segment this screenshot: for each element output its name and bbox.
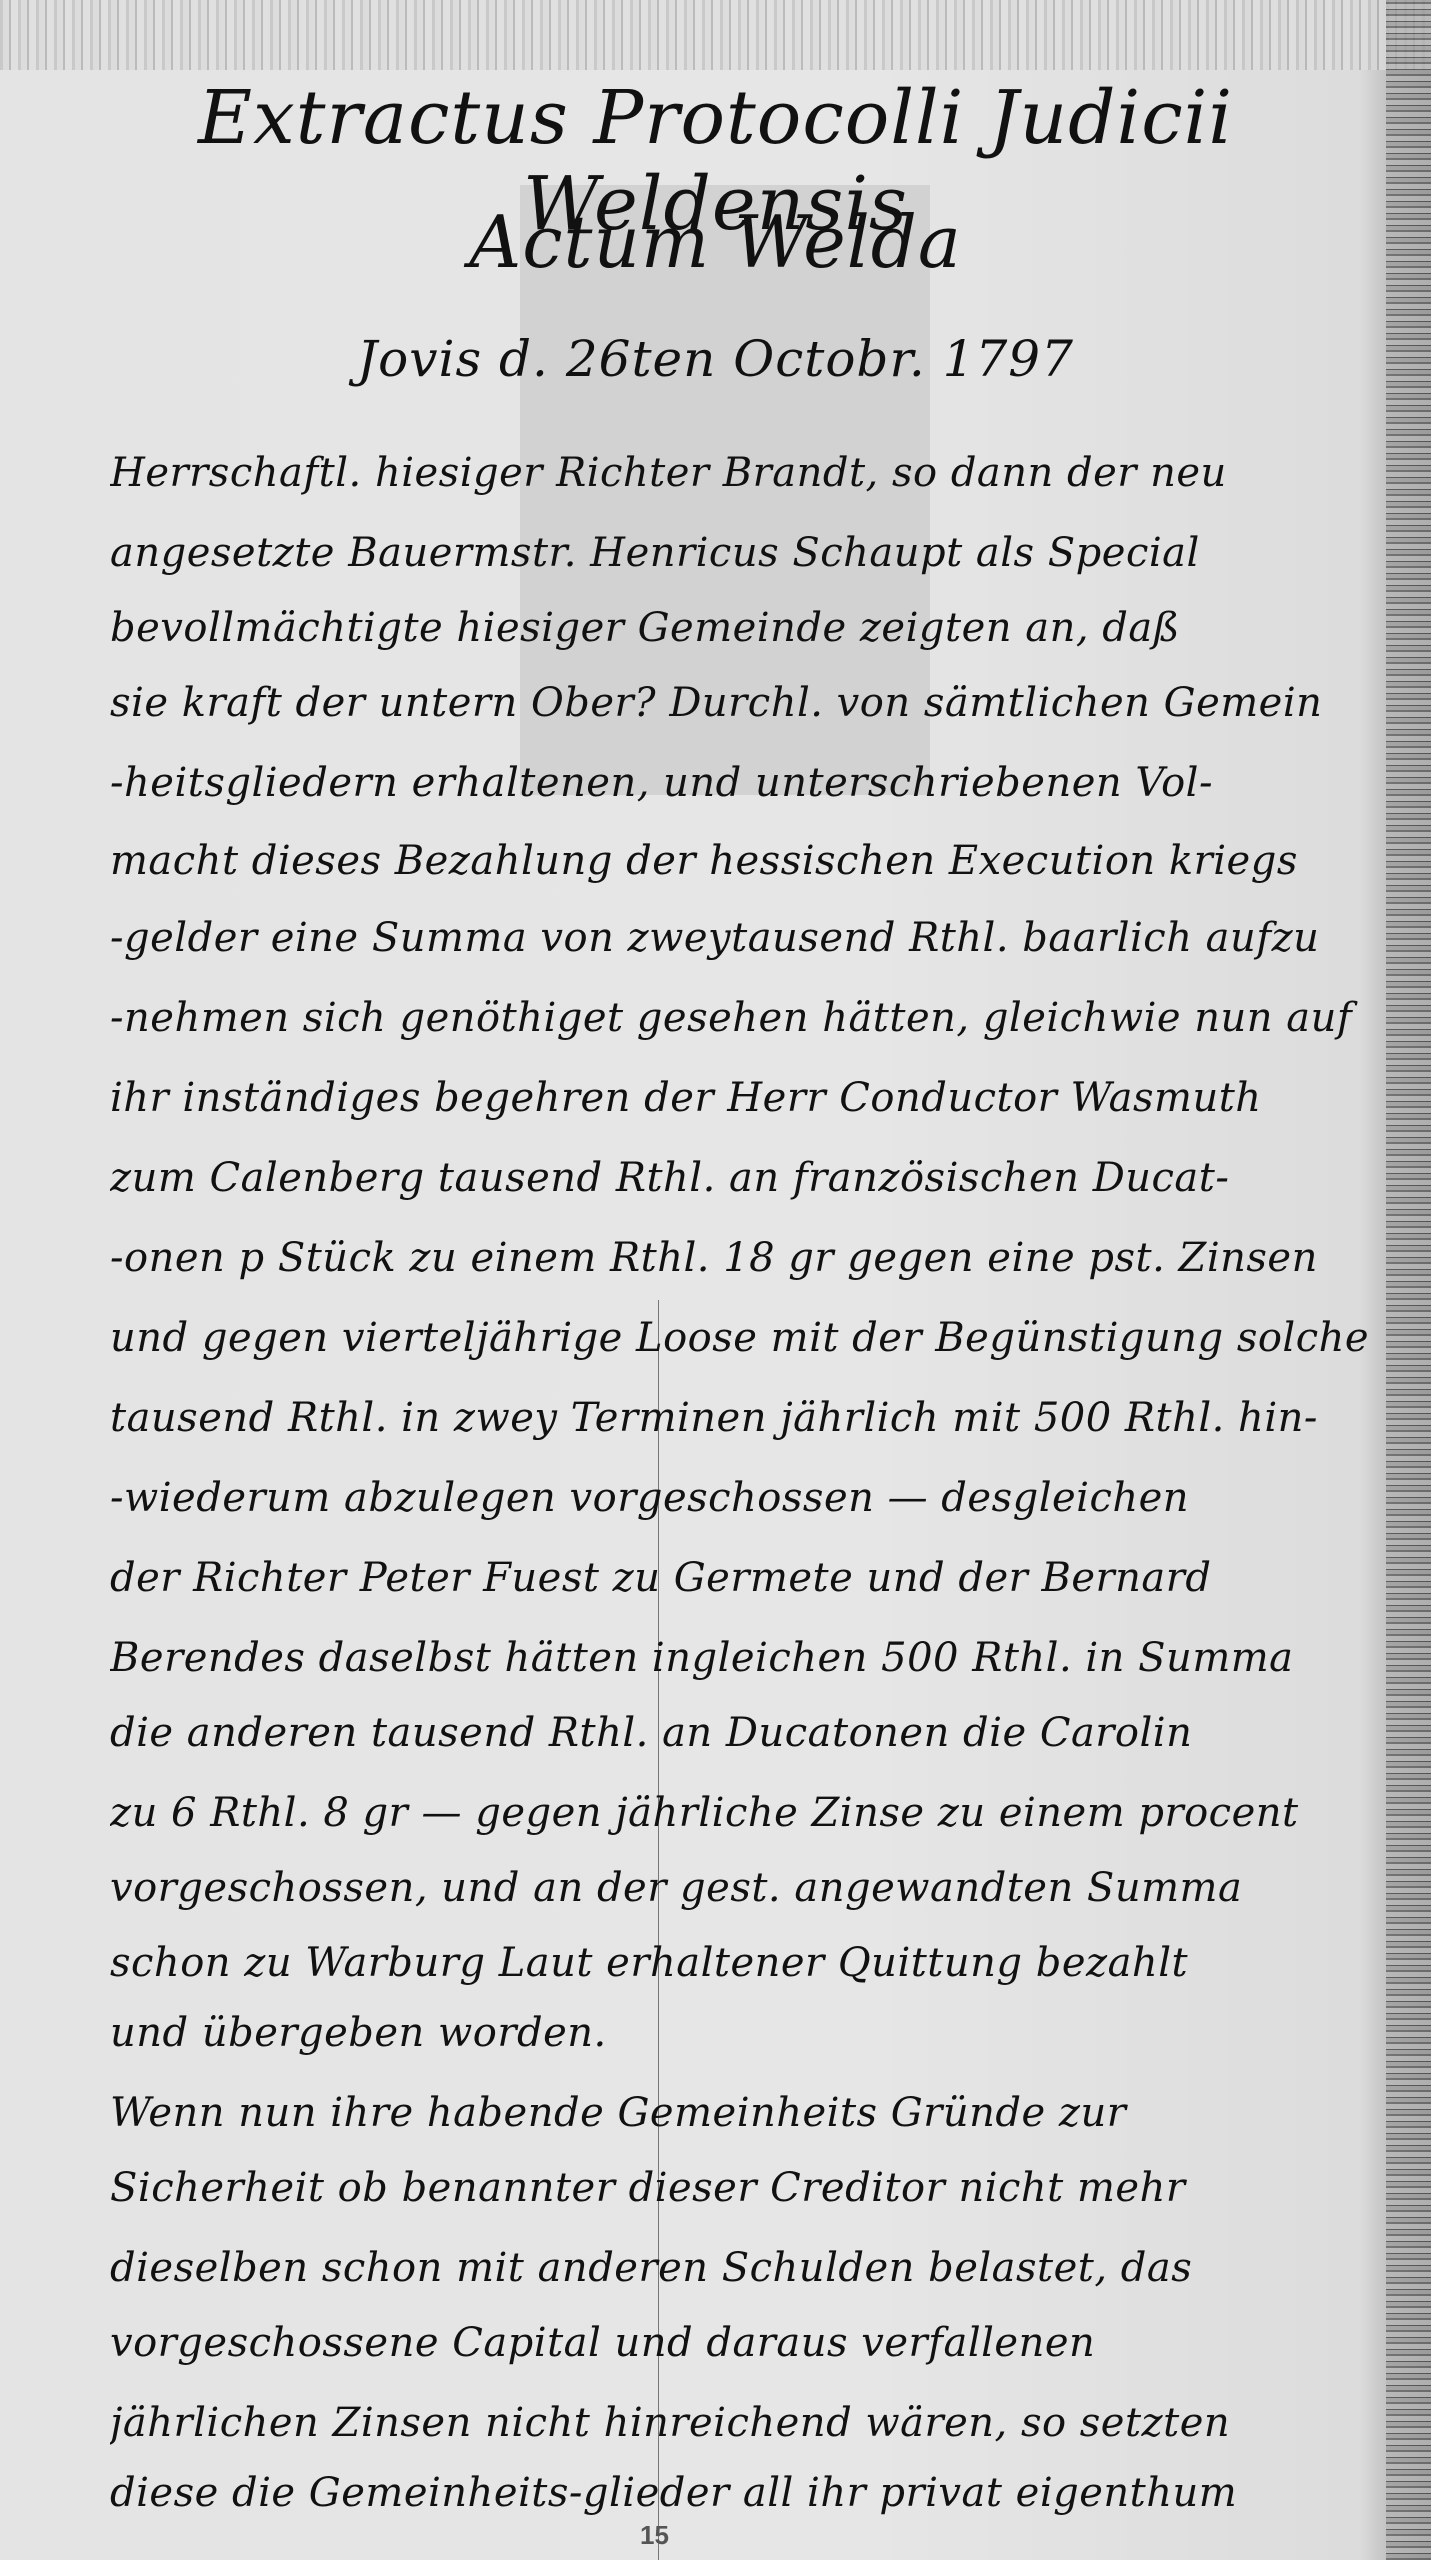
manuscript-line: Berendes daselbst hätten ingleichen 500 …: [110, 1635, 1400, 1681]
manuscript-line: schon zu Warburg Laut erhaltener Quittun…: [110, 1940, 1400, 1986]
manuscript-line: tausend Rthl. in zwey Terminen jährlich …: [110, 1395, 1400, 1441]
manuscript-line: -nehmen sich genöthiget gesehen hätten, …: [110, 995, 1400, 1041]
manuscript-line: ihr inständiges begehren der Herr Conduc…: [110, 1075, 1400, 1121]
manuscript-line: -heitsgliedern erhaltenen, und unterschr…: [110, 760, 1400, 806]
manuscript-line: und übergeben worden.: [110, 2010, 1400, 2056]
manuscript-line: angesetzte Bauermstr. Henricus Schaupt a…: [110, 530, 1400, 576]
manuscript-line: Herrschaftl. hiesiger Richter Brandt, so…: [110, 450, 1400, 496]
manuscript-line: vorgeschossene Capital und daraus verfal…: [110, 2320, 1400, 2366]
page-number: 15: [640, 2520, 669, 2551]
manuscript-line: zu 6 Rthl. 8 gr — gegen jährliche Zinse …: [110, 1790, 1400, 1836]
page-top-edge-damage: [0, 0, 1431, 70]
manuscript-line: die anderen tausend Rthl. an Ducatonen d…: [110, 1710, 1400, 1756]
manuscript-line: dieselben schon mit anderen Schulden bel…: [110, 2245, 1400, 2291]
manuscript-line: sie kraft der untern Ober? Durchl. von s…: [110, 680, 1400, 726]
manuscript-line: der Richter Peter Fuest zu Germete und d…: [110, 1555, 1400, 1601]
manuscript-line: und gegen vierteljährige Loose mit der B…: [110, 1315, 1400, 1361]
manuscript-line: zum Calenberg tausend Rthl. an französis…: [110, 1155, 1400, 1201]
document-date: Jovis d. 26ten Octobr. 1797: [0, 330, 1431, 388]
manuscript-line: bevollmächtigte hiesiger Gemeinde zeigte…: [110, 605, 1400, 651]
manuscript-line: Sicherheit ob benannter dieser Creditor …: [110, 2165, 1400, 2211]
manuscript-line: jährlichen Zinsen nicht hinreichend wäre…: [110, 2400, 1400, 2446]
manuscript-line: macht dieses Bezahlung der hessischen Ex…: [110, 838, 1400, 884]
manuscript-line: diese die Gemeinheits-glieder all ihr pr…: [110, 2470, 1400, 2516]
manuscript-line: Wenn nun ihre habende Gemeinheits Gründe…: [110, 2090, 1400, 2136]
manuscript-line: vorgeschossen, und an der gest. angewand…: [110, 1865, 1400, 1911]
manuscript-page: Extractus Protocolli Judicii Weldensis A…: [0, 0, 1431, 2560]
manuscript-line: -wiederum abzulegen vorgeschossen — desg…: [110, 1475, 1400, 1521]
manuscript-line: -gelder eine Summa von zweytausend Rthl.…: [110, 915, 1400, 961]
manuscript-line: -onen p Stück zu einem Rthl. 18 gr gegen…: [110, 1235, 1400, 1281]
document-subtitle: Actum Welda: [0, 200, 1431, 284]
